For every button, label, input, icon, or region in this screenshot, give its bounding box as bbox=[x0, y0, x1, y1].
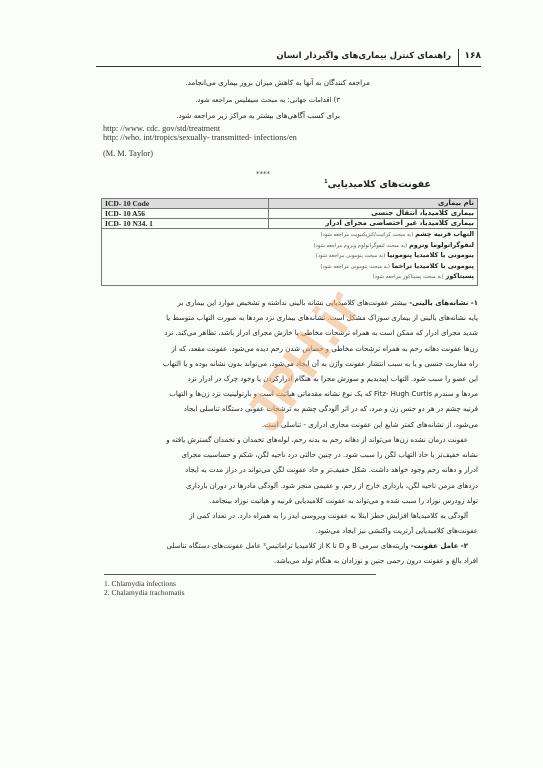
text-line: عفونت درمان نشده زن‌ها می‌تواند از دهانه… bbox=[104, 433, 478, 448]
text-line: راه مقاربت جنسی و یا به سبب انتشار عفونت… bbox=[104, 357, 478, 372]
text-line: نشانه خفیف‌تر یا حاد التهاب لگن را سبب ش… bbox=[104, 448, 478, 463]
paragraph-causative-agent: ۲- عامل عفونت- واریته‌های سرمی B و D تا … bbox=[104, 539, 478, 569]
reference-note: (به مبحث کراتیت/کنژیکتیویت مراجعه شود) bbox=[320, 232, 413, 238]
reference-note: (به مبحث پنومونی مراجعه شود) bbox=[316, 253, 385, 259]
section-title: عفونت‌های کلامیدیایی1 bbox=[324, 179, 431, 190]
book-title: راهنمای کنترل بیماری‌های واگیردار انسان bbox=[276, 49, 451, 64]
text-line: آلودگی به کلامیدیاها افزایش خطر ابتلا به… bbox=[104, 509, 478, 524]
text-line: مردها و سندرم Fitz- Hugh Curtis که یک نو… bbox=[104, 387, 478, 402]
reference-note: (به مبحث پسیتاکوز مراجعه شود) bbox=[373, 274, 444, 280]
text-line: ۱- نشانه‌های بالینی- بیشتر عفونت‌های کلا… bbox=[104, 296, 478, 311]
reference-term: لنفوگرانولوما ونروم bbox=[409, 241, 474, 249]
line-text: بیشتر عفونت‌های کلامیدیایی نشانه بالینی … bbox=[178, 299, 407, 307]
paragraph-untreated-infection: عفونت درمان نشده زن‌ها می‌تواند از دهانه… bbox=[104, 433, 478, 509]
page-number: ۱۶۸ bbox=[458, 49, 481, 66]
text-line: ادرار و دهانه رحم وجود خواهد داشت. شکل خ… bbox=[104, 463, 478, 478]
icd-code: ICD- 10 N34. 1 bbox=[102, 219, 269, 229]
footnote-divider bbox=[104, 574, 376, 575]
text-line: شدید مجرای ادرار که ممکن است به همراه تر… bbox=[104, 326, 478, 341]
running-header: راهنمای کنترل بیماری‌های واگیردار انسان … bbox=[96, 49, 481, 67]
reference-item: پسیتاکوز (به مبحث پسیتاکوز مراجعه شود) bbox=[105, 272, 474, 283]
reference-item: پنومونی با کلامیدیا تراخما (به مبحث پنوم… bbox=[105, 262, 474, 273]
references-row: التهاب قرنیه چشم (به مبحث کراتیت/کنژیکتی… bbox=[102, 229, 478, 286]
intro-line-1: مراجعه کنندگان به آنها به کاهش میزان برو… bbox=[185, 78, 370, 88]
footnotes: 1. Chlamydia infections 2. Chalamydia tr… bbox=[104, 579, 185, 597]
text-line: دردهای مزمن ناحیه لگن، بارداری خارج از ر… bbox=[104, 479, 478, 494]
footnote-1: 1. Chlamydia infections bbox=[104, 579, 185, 588]
author-credit: (M. M. Taylor) bbox=[103, 149, 153, 159]
link-who[interactable]: http: //who. int/tropics/sexually- trans… bbox=[103, 133, 297, 143]
icd-table: ICD- 10 Code نام بیماری ICD- 10 A56 بیما… bbox=[101, 198, 478, 286]
footnote-2: 2. Chalamydia trachomatis bbox=[104, 588, 185, 597]
paragraph-clinical-signs: ۱- نشانه‌های بالینی- بیشتر عفونت‌های کلا… bbox=[104, 296, 478, 433]
text-line: عفونت‌های کلامیدیایی آرتریت واکنشی نیز ا… bbox=[104, 524, 478, 539]
reference-item: پنومونی با کلامیدیا پنومونیا (به مبحث پن… bbox=[105, 251, 474, 262]
reference-note: (به مبحث پنومونی مراجعه شود) bbox=[320, 264, 389, 270]
reference-term: پسیتاکوز bbox=[446, 272, 474, 280]
disease-name: بیماری کلامیدیا، انتقال جنسی bbox=[269, 209, 478, 219]
text-line: افراد بالغ و عفونت درون رحمی جنین و نوزا… bbox=[104, 554, 478, 569]
section-separator: **** bbox=[256, 170, 270, 178]
text-line: پایه نشانه‌های بالینی از بیماری سوزاک مش… bbox=[104, 311, 478, 326]
section-title-text: عفونت‌های کلامیدیایی bbox=[328, 179, 431, 190]
header-name: نام بیماری bbox=[269, 199, 478, 209]
paragraph-lead: ۱- نشانه‌های بالینی- bbox=[409, 299, 478, 307]
intro-line-2: ۳) اقدامات جهانی: به مبحث سیفلیس مراجعه … bbox=[195, 95, 340, 105]
icd-code: ICD- 10 A56 bbox=[102, 209, 269, 219]
paragraph-hiv-risk: آلودگی به کلامیدیاها افزایش خطر ابتلا به… bbox=[104, 509, 478, 539]
reference-term: پنومونی با کلامیدیا تراخما bbox=[392, 262, 474, 270]
header-code: ICD- 10 Code bbox=[102, 199, 269, 209]
text-line: می‌شود، از نشانه‌های کمتر شایع این عفونت… bbox=[104, 418, 478, 433]
reference-note: (به مبحث لنفوگرانولوم ونروم مراجعه شود) bbox=[314, 243, 408, 249]
table-row: ICD- 10 N34. 1 بیماری کلامیدیا، غیر اختص… bbox=[102, 219, 478, 229]
text-line: این عضو را سبب شود. التهاب اپیدیدیم و سو… bbox=[104, 372, 478, 387]
reference-term: پنومونی با کلامیدیا پنومونیا bbox=[387, 251, 474, 259]
text-line: تولد زودرس نوزاد را سبب شده و می‌تواند ب… bbox=[104, 494, 478, 509]
line-text: واریته‌های سرمی B و D تا K از کلامیدیا ت… bbox=[167, 542, 409, 550]
references-cell: التهاب قرنیه چشم (به مبحث کراتیت/کنژیکتی… bbox=[102, 229, 478, 286]
reference-item: التهاب قرنیه چشم (به مبحث کراتیت/کنژیکتی… bbox=[105, 230, 474, 241]
reference-item: لنفوگرانولوما ونروم (به مبحث لنفوگرانولو… bbox=[105, 241, 474, 252]
text-line: قرنیه چشم در هر دو جنس زن و مرد، که در ا… bbox=[104, 402, 478, 417]
text-line: زن‌ها عفونت دهانه رحم به همراه ترشحات مخ… bbox=[104, 342, 478, 357]
table-row: ICD- 10 A56 بیماری کلامیدیا، انتقال جنسی bbox=[102, 209, 478, 219]
icd-table-header: ICD- 10 Code نام بیماری bbox=[102, 199, 478, 209]
disease-name: بیماری کلامیدیا، غیر اختصاصی مجرای ادرار bbox=[269, 219, 478, 229]
text-line: ۲- عامل عفونت- واریته‌های سرمی B و D تا … bbox=[104, 539, 478, 554]
paragraph-lead: ۲- عامل عفونت- bbox=[411, 542, 468, 550]
intro-line-3: برای کسب آگاهی‌های بیشتر به مراکز زیر مر… bbox=[176, 111, 340, 121]
reference-term: التهاب قرنیه چشم bbox=[415, 230, 474, 238]
